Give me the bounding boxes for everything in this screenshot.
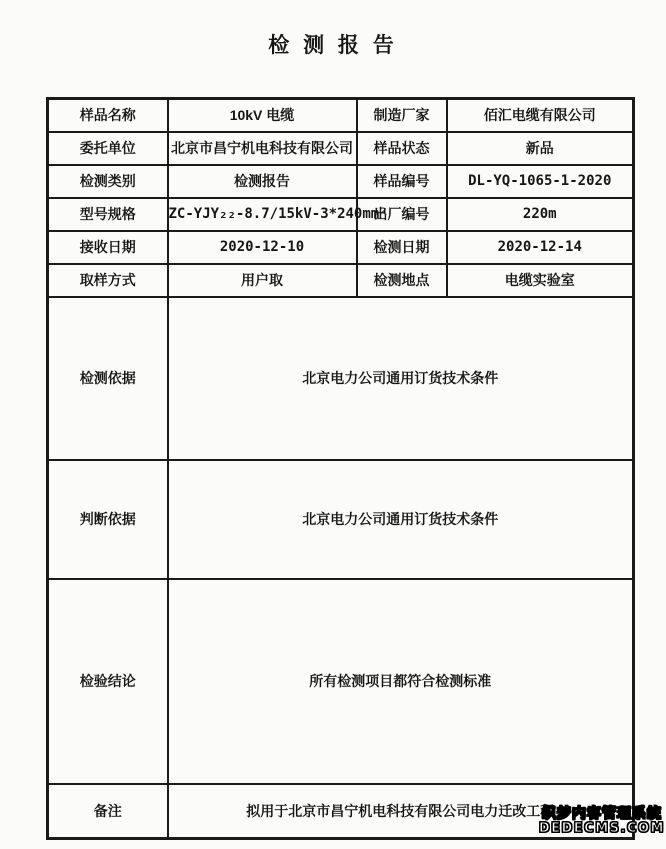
table-row: 检测类别 检测报告 样品编号 DL-YQ-1065-1-2020 <box>48 165 634 198</box>
judgment-basis-value: 北京电力公司通用订货技术条件 <box>168 460 634 579</box>
client-unit-value: 北京市昌宁机电科技有限公司 <box>168 132 357 165</box>
inspection-conclusion-label: 检验结论 <box>48 579 168 784</box>
table-row: 判断依据 北京电力公司通用订货技术条件 <box>48 460 634 579</box>
watermark-text-cn: 织梦内容管理系统 <box>539 806 665 822</box>
test-basis-label: 检测依据 <box>48 297 168 460</box>
manufacturer-value: 佰汇电缆有限公司 <box>447 99 634 132</box>
sample-number-label: 样品编号 <box>357 165 447 198</box>
table-row: 样品名称 10kV 电缆 制造厂家 佰汇电缆有限公司 <box>48 99 634 132</box>
remarks-label: 备注 <box>48 784 168 839</box>
sample-name-value: 10kV 电缆 <box>168 99 357 132</box>
manufacturer-label: 制造厂家 <box>357 99 447 132</box>
sampling-method-label: 取样方式 <box>48 264 168 297</box>
test-location-label: 检测地点 <box>357 264 447 297</box>
model-spec-value: ZC-YJY₂₂-8.7/15kV-3*240mm² <box>168 198 357 231</box>
page-title: 检 测 报 告 <box>0 29 666 59</box>
factory-number-value: 220m <box>447 198 634 231</box>
receive-date-label: 接收日期 <box>48 231 168 264</box>
client-unit-label: 委托单位 <box>48 132 168 165</box>
table-row: 接收日期 2020-12-10 检测日期 2020-12-14 <box>48 231 634 264</box>
test-category-label: 检测类别 <box>48 165 168 198</box>
table-row: 检测依据 北京电力公司通用订货技术条件 <box>48 297 634 460</box>
report-table: 样品名称 10kV 电缆 制造厂家 佰汇电缆有限公司 委托单位 北京市昌宁机电科… <box>46 97 635 840</box>
table-row: 取样方式 用户取 检测地点 电缆实验室 <box>48 264 634 297</box>
test-date-label: 检测日期 <box>357 231 447 264</box>
table-row: 委托单位 北京市昌宁机电科技有限公司 样品状态 新品 <box>48 132 634 165</box>
inspection-conclusion-value: 所有检测项目都符合检测标准 <box>168 579 634 784</box>
model-spec-label: 型号规格 <box>48 198 168 231</box>
test-date-value: 2020-12-14 <box>447 231 634 264</box>
sample-number-value: DL-YQ-1065-1-2020 <box>447 165 634 198</box>
sample-status-label: 样品状态 <box>357 132 447 165</box>
judgment-basis-label: 判断依据 <box>48 460 168 579</box>
table-row: 检验结论 所有检测项目都符合检测标准 <box>48 579 634 784</box>
receive-date-value: 2020-12-10 <box>168 231 357 264</box>
sample-status-value: 新品 <box>447 132 634 165</box>
sampling-method-value: 用户取 <box>168 264 357 297</box>
test-basis-value: 北京电力公司通用订货技术条件 <box>168 297 634 460</box>
sample-name-label: 样品名称 <box>48 99 168 132</box>
watermark-text-en: DEDECMS.COM <box>539 822 665 837</box>
dedecms-watermark: 织梦内容管理系统 DEDECMS.COM <box>539 806 665 836</box>
test-category-value: 检测报告 <box>168 165 357 198</box>
test-location-value: 电缆实验室 <box>447 264 634 297</box>
table-row: 型号规格 ZC-YJY₂₂-8.7/15kV-3*240mm² 出厂编号 220… <box>48 198 634 231</box>
